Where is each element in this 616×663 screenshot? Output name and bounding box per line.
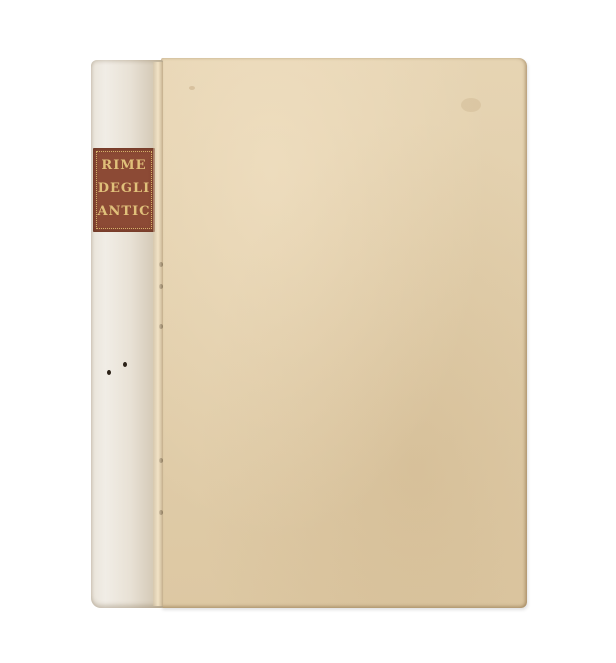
cover-blemish [461,98,481,112]
spine-label: RIME DEGLI ANTIC [93,148,155,232]
label-line-3: ANTIC [93,204,155,219]
label-line-2: DEGLI [93,181,155,196]
label-line-1: RIME [93,158,155,173]
spine-joint [153,62,163,606]
front-cover [161,58,527,608]
book: RIME DEGLI ANTIC [91,58,527,608]
cover-blemish [189,86,195,90]
worm-hole [107,370,111,375]
worm-hole [123,362,127,367]
